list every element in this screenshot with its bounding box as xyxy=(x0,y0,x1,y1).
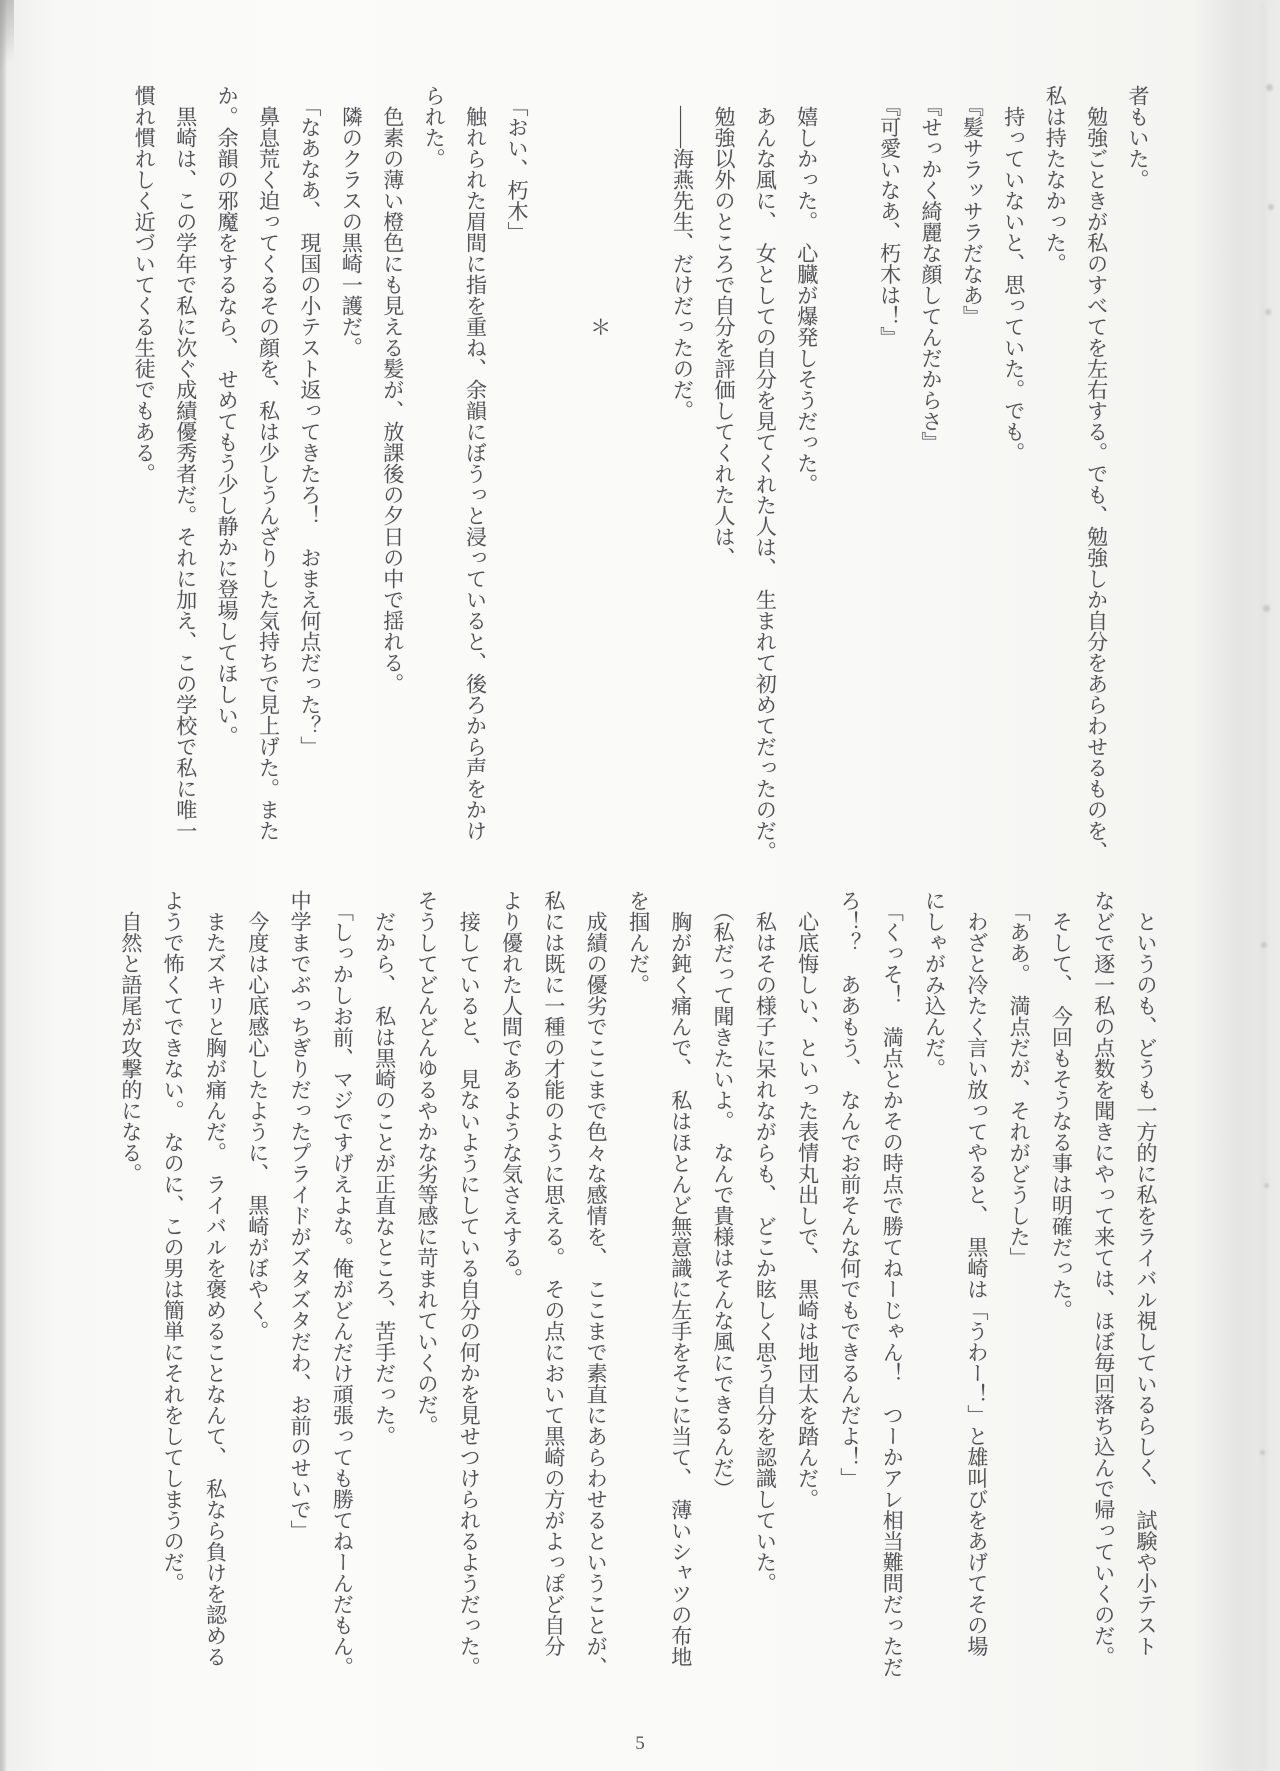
blank-column xyxy=(537,85,578,887)
text-column: ＊ xyxy=(578,85,619,887)
text-section-bottom: というのも、どうも一方的に私をライバル視しているらしく、 試験や小テストなどで逐… xyxy=(109,890,1167,1722)
text-column: 中学までぶっちぎりだったプライドがズタズタだわ、お前のせいで」 xyxy=(279,890,321,1722)
scanned-page: 者もいた。 勉強ごときが私のすべてを左右する。でも、勉強しか自分をあらわせるもの… xyxy=(0,0,1280,1771)
text-column: わざと冷たく言い放ってやると、 黒崎は「うわー！」と雄叫びをあげてその場 xyxy=(956,890,998,1722)
text-column: を掴んだ。 xyxy=(617,890,659,1722)
text-column: より優れた人間であるような気さえする。 xyxy=(490,890,532,1722)
text-column: 嬉しかった。 心臓が爆発しそうだった。 xyxy=(785,85,826,887)
scan-edge-right-shadow xyxy=(1195,0,1280,1771)
scan-speck xyxy=(1264,1183,1269,1188)
page-corner-shadow xyxy=(0,0,14,90)
text-column: あんな風に、 女としての自分を見てくれた人は、 生まれて初めてだったのだ。 xyxy=(744,85,785,887)
text-column: 成績の優劣でここまで色々な感情を、 ここまで素直にあらわせるということが、 xyxy=(575,890,617,1722)
scan-speck xyxy=(1261,942,1267,948)
text-column: そして、 今回もそうなる事は明確だった。 xyxy=(1040,890,1082,1722)
text-column: 「ああ。 満点だが、それがどうした」 xyxy=(998,890,1040,1722)
text-column: 『せっかく綺麗な顔してんだからさ』 xyxy=(910,85,951,887)
scan-gutter-streak xyxy=(1260,0,1266,1771)
blank-column xyxy=(620,85,661,887)
text-column: 接していると、 見ないようにしている自分の何かを見せつけられるようだった。 xyxy=(448,890,490,1722)
text-column: 私はその様子に呆れながらも、 どこか眩しく思う自分を認識していた。 xyxy=(744,890,786,1722)
text-column: （私だって聞きたいよ。 なんで貴様はそんな風にできるんだ） xyxy=(702,890,744,1722)
scan-speck xyxy=(1268,204,1274,210)
text-column: 勉強以外のところで自分を評価してくれた人は、 xyxy=(703,85,744,887)
text-column: か。余韻の邪魔をするなら、 せめてもう少し静かに登場してほしい。 xyxy=(206,85,247,887)
text-column: 者もいた。 xyxy=(1117,85,1158,887)
text-column: 鼻息荒く迫ってくるその顔を、私は少しうんざりした気持ちで見上げた。また xyxy=(247,85,288,887)
scan-speck xyxy=(1266,84,1273,91)
text-column: ろ！？ ああもう、 なんでお前そんな何でもできるんだよ！」 xyxy=(829,890,871,1722)
text-column: 色素の薄い橙色にも見える髪が、放課後の夕日の中で揺れる。 xyxy=(371,85,412,887)
text-column: 勉強ごときが私のすべてを左右する。でも、勉強しか自分をあらわせるものを、 xyxy=(1075,85,1116,887)
text-column: だから、 私は黒崎のことが正直なところ、苦手だった。 xyxy=(363,890,405,1722)
text-column: られた。 xyxy=(413,85,454,887)
text-column: 持っていないと、思っていた。でも。 xyxy=(992,85,1033,887)
text-column: というのも、どうも一方的に私をライバル視しているらしく、 試験や小テスト xyxy=(1125,890,1167,1722)
text-column: 自然と語尾が攻撃的になる。 xyxy=(110,890,152,1722)
text-column: などで逐一私の点数を聞きにやって来ては、ほぼ毎回落ち込んで帰っていくのだ。 xyxy=(1082,890,1124,1722)
text-column: にしゃがみ込んだ。 xyxy=(913,890,955,1722)
text-section-top: 者もいた。 勉強ごときが私のすべてを左右する。でも、勉強しか自分をあらわせるもの… xyxy=(123,85,1158,887)
text-column: ――海燕先生、だけだったのだ。 xyxy=(661,85,702,887)
scan-speck xyxy=(1263,605,1270,612)
text-column: 胸が鈍く痛んで、 私はほとんど無意識に左手をそこに当て、 薄いシャツの布地 xyxy=(659,890,701,1722)
text-column: そうしてどんどんゆるやかな劣等感に苛まれていくのだ。 xyxy=(406,890,448,1722)
text-column: 私には既に一種の才能のように思える。 その点において黒崎の方がよっぽど自分 xyxy=(533,890,575,1722)
scan-speck xyxy=(1260,1450,1265,1455)
page-number: 5 xyxy=(622,1733,658,1755)
text-column: 私は持たなかった。 xyxy=(1034,85,1075,887)
text-column: 「なあなあ、 現国の小テスト返ってきたろ！ おまえ何点だった？」 xyxy=(289,85,330,887)
text-column: ようで怖くてできない。 なのに、この男は簡単にそれをしてしまうのだ。 xyxy=(152,890,194,1722)
text-column: 今度は心底感心したように、 黒崎がぼやく。 xyxy=(236,890,278,1722)
text-column: 心底悔しい、といった表情丸出しで、 黒崎は地団太を踏んだ。 xyxy=(786,890,828,1722)
text-column: 隣のクラスの黒崎一護だ。 xyxy=(330,85,371,887)
blank-column xyxy=(827,85,868,887)
text-column: 『可愛いなあ、朽木は！』 xyxy=(868,85,909,887)
text-column: 「くっそ！ 満点とかその時点で勝てねーじゃん！ つーかアレ相当難問だっただ xyxy=(871,890,913,1722)
text-column: またズキリと胸が痛んだ。 ライバルを褒めることなんて、 私なら負けを認める xyxy=(194,890,236,1722)
text-column: 黒崎は、この学年で私に次ぐ成績優秀者だ。それに加え、この学校で私に唯一 xyxy=(164,85,205,887)
scan-edge-left-shadow xyxy=(0,0,7,1771)
text-column: 「おい、朽木」 xyxy=(496,85,537,887)
text-column: 触れられた眉間に指を重ね、余韻にぼうっと浸っていると、後ろから声をかけ xyxy=(454,85,495,887)
text-column: 「しっかしお前、マジですげえよな。俺がどんだけ頑張っても勝てねーんだもん。 xyxy=(321,890,363,1722)
text-column: 『髪サラッサラだなあ』 xyxy=(951,85,992,887)
scan-speck xyxy=(1265,309,1271,315)
text-column: 慣れ慣れしく近づいてくる生徒でもある。 xyxy=(123,85,164,887)
